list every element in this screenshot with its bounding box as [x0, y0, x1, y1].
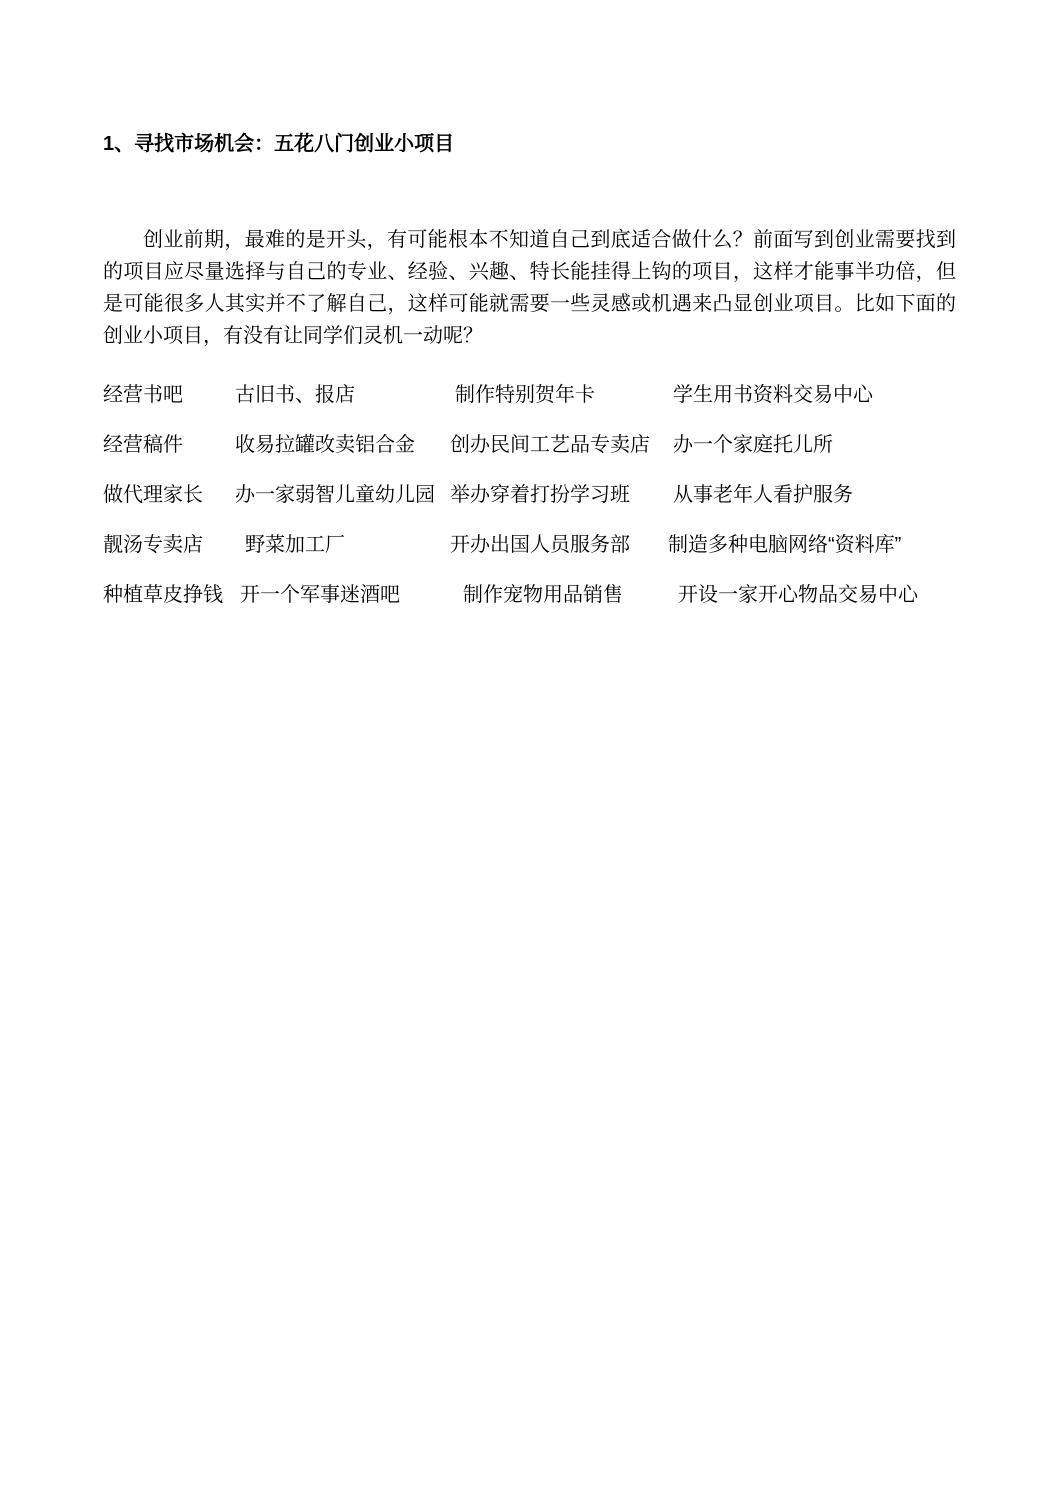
- table-cell: 收易拉罐改卖铝合金: [235, 422, 450, 472]
- section-heading: 1、寻找市场机会：五花八门创业小项目: [103, 131, 956, 157]
- intro-paragraph: 创业前期，最难的是开头，有可能根本不知道自己到底适合做什么？前面写到创业需要找到…: [103, 224, 956, 352]
- table-cell: 制造多种电脑网络“资料库”: [668, 522, 956, 572]
- projects-table: 经营书吧 古旧书、报店 制作特别贺年卡 学生用书资料交易中心 经营稿件 收易拉罐…: [103, 372, 956, 622]
- table-cell: 开办出国人员服务部: [450, 522, 673, 572]
- table-cell: 学生用书资料交易中心: [673, 372, 956, 422]
- table-cell: 办一个家庭托儿所: [673, 422, 956, 472]
- table-cell: 制作宠物用品销售: [450, 572, 673, 622]
- table-cell: 从事老年人看护服务: [673, 472, 956, 522]
- table-cell: 办一家弱智儿童幼儿园: [235, 472, 450, 522]
- table-cell: 靓汤专卖店: [103, 522, 235, 572]
- table-cell: 做代理家长: [103, 472, 235, 522]
- table-cell: 举办穿着打扮学习班: [450, 472, 673, 522]
- table-cell: 野菜加工厂: [235, 522, 450, 572]
- table-cell: 经营稿件: [103, 422, 235, 472]
- table-cell: 古旧书、报店: [235, 372, 450, 422]
- table-cell: 开一个军事迷酒吧: [235, 572, 450, 622]
- document-page: 1、寻找市场机会：五花八门创业小项目 创业前期，最难的是开头，有可能根本不知道自…: [0, 0, 1059, 1497]
- table-cell: 制作特别贺年卡: [450, 372, 673, 422]
- table-cell: 创办民间工艺品专卖店: [450, 422, 673, 472]
- table-cell: 开设一家开心物品交易中心: [673, 572, 956, 622]
- table-cell: 种植草皮挣钱: [103, 572, 235, 622]
- table-cell: 经营书吧: [103, 372, 235, 422]
